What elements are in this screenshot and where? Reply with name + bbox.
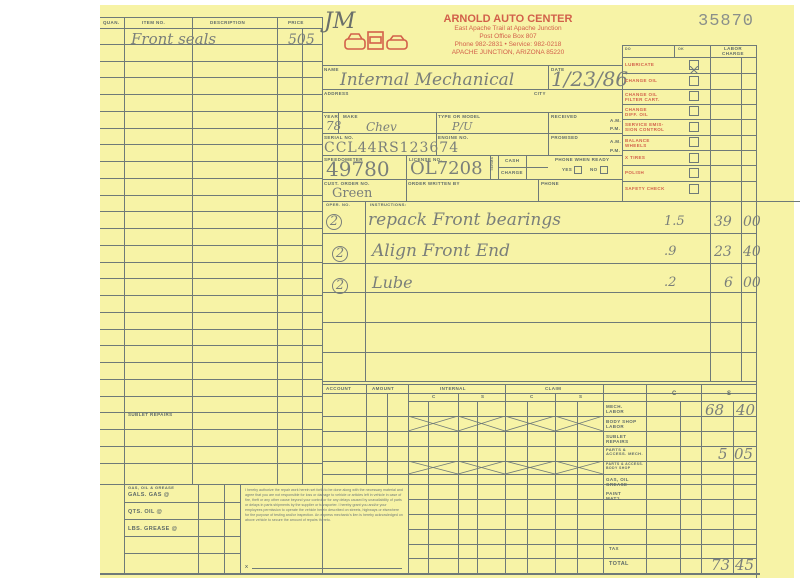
labor-dollars: 39 — [714, 215, 732, 229]
body-shop-labor-label: BODY SHOP LABOR — [606, 419, 646, 429]
col-quan: QUAN. — [103, 21, 120, 26]
labor-dollars: 23 — [714, 245, 732, 259]
promised-am: A.M. — [610, 140, 621, 145]
cust-order-number: Green — [332, 187, 372, 200]
labor-hours: .9 — [664, 245, 676, 258]
lbs-grease-label: LBS. GREASE @ — [128, 527, 177, 533]
qts-oil-label: QTS. OIL @ — [128, 510, 162, 516]
labor-dollars: 6 — [724, 276, 733, 290]
paint-label: PAINT MAT'L — [606, 491, 636, 501]
lubricate-checkbox[interactable] — [689, 60, 699, 70]
service-balance-wheels: BALANCE WHEELS — [625, 138, 660, 148]
yes-label: YES — [562, 168, 572, 173]
sublet-repairs-total-label: SUBLET REPAIRS — [606, 434, 646, 444]
polish-checkbox[interactable] — [689, 168, 699, 178]
city-label: CITY — [534, 92, 546, 97]
address-label: ADDRESS — [324, 92, 349, 97]
total-dollars: 73 — [711, 558, 730, 573]
instruction-text: Lube — [372, 275, 413, 291]
total-label: TOTAL — [609, 562, 629, 568]
received-label: RECEIVED — [551, 115, 577, 120]
emission-checkbox[interactable] — [689, 122, 699, 132]
labor-cents: 00 — [743, 215, 761, 229]
service-polish: POLISH — [625, 171, 644, 176]
company-address-2: Post Office Box 807 — [433, 33, 583, 41]
labor-cents: 40 — [743, 245, 761, 259]
received-pm: P.M. — [610, 127, 620, 132]
labor-hours: .2 — [664, 276, 676, 289]
total-cents: 45 — [735, 558, 754, 573]
crossed-cells-icon — [408, 416, 603, 431]
oper-number: 2 — [332, 278, 348, 294]
ok-col: OK — [678, 48, 684, 52]
instruction-text: Align Front End — [372, 243, 510, 260]
totals-s-header: S — [727, 391, 731, 397]
x-mark-icon — [690, 66, 698, 74]
mech-labor-cents: 40 — [736, 403, 755, 418]
customer-name: Internal Mechanical — [340, 72, 514, 89]
oper-number: 2 — [332, 246, 348, 262]
form-number: 35870 — [698, 12, 754, 31]
cash-option[interactable]: CASH — [505, 159, 519, 164]
promised-pm: P.M. — [610, 149, 620, 154]
order-date: 1/23/86 — [551, 69, 628, 89]
parts-mech-dollars: 5 — [718, 447, 728, 462]
amount-header: AMOUNT — [372, 387, 394, 392]
x-tires-checkbox[interactable] — [689, 153, 699, 163]
change-filter-checkbox[interactable] — [689, 91, 699, 101]
vehicle-type: P/U — [452, 121, 472, 132]
engine-label: ENGINE NO. — [438, 136, 469, 141]
service-change-filter: CHANGE OIL FILTER CART. — [625, 92, 670, 102]
claim-s: S — [579, 395, 582, 400]
parts-mech-cents: 05 — [734, 447, 753, 462]
change-oil-checkbox[interactable] — [689, 76, 699, 86]
mech-labor-label: MECH. LABOR — [606, 404, 642, 414]
claim-c: C — [530, 395, 534, 400]
totals-c-header: C — [672, 391, 677, 397]
gas-oil-grease-title: GAS, OIL & GREASE — [128, 486, 174, 490]
service-x-tires: X TIRES — [625, 156, 645, 161]
oper-number: 2 — [326, 214, 342, 230]
gas-oil-grease-total-label: GAS, OIL GREASE — [606, 477, 642, 487]
oper-no-label: OPER. NO. — [326, 203, 350, 207]
labor-hours: 1.5 — [664, 215, 685, 228]
make-label: MAKE — [343, 115, 358, 120]
safety-check-checkbox[interactable] — [689, 184, 699, 194]
col-price: PRICE — [288, 21, 304, 26]
instructions-label: INSTRUCTIONS: — [370, 203, 407, 207]
internal-header: INTERNAL — [440, 387, 466, 392]
instruction-text: repack Front bearings — [368, 212, 561, 229]
col-description: DESCRIPTION — [210, 21, 245, 26]
mech-labor-dollars: 68 — [705, 403, 724, 418]
name-label: NAME — [324, 68, 339, 73]
labor-charge-header: LABOR CHARGE — [718, 47, 748, 56]
phone-yes-checkbox[interactable] — [574, 166, 582, 174]
diff-oil-checkbox[interactable] — [689, 106, 699, 116]
phone-ready-label: PHONE WHEN READY — [555, 158, 609, 163]
sublet-repairs-label: SUBLET REPAIRS — [128, 413, 173, 418]
gals-gas-label: GALS. GAS @ — [128, 493, 170, 499]
claim-header: CLAIM — [545, 387, 561, 392]
company-city: APACHE JUNCTION, ARIZONA 85220 — [433, 49, 583, 57]
promised-label: PROMISED — [551, 136, 578, 141]
license-number: OL7208 — [410, 160, 483, 178]
service-lubricate: LUBRICATE — [625, 63, 654, 68]
received-am: A.M. — [610, 119, 621, 124]
tax-label: TAX — [609, 547, 619, 552]
service-emission: SERVICE EMIS-SION CONTROL — [625, 122, 675, 132]
phone-label: PHONE — [541, 182, 559, 187]
do-col: DO — [625, 48, 631, 52]
internal-c: C — [432, 395, 436, 400]
service-safety-check: SAFETY CHECK — [625, 187, 665, 192]
labor-cents: 00 — [743, 276, 761, 290]
company-address-1: East Apache Trail at Apache Junction — [433, 25, 583, 33]
cars-logo-icon — [343, 29, 411, 53]
authorization-text: I hereby authorize the repair work herei… — [245, 488, 403, 523]
type-label: TYPE OR MODEL — [438, 115, 480, 120]
repair-order-form: 35870 QUAN. ITEM NO. DESCRIPTION PRICE F… — [100, 5, 794, 578]
parts-body-label: PARTS & ACCESS. BODY SHOP — [606, 462, 646, 470]
company-name: ARNOLD AUTO CENTER — [433, 13, 583, 25]
signature-prefix: X — [245, 565, 248, 570]
written-by-label: ORDER WRITTEN BY — [408, 182, 460, 187]
service-change-oil: CHANGE OIL — [625, 79, 657, 84]
speedometer: 49780 — [326, 159, 390, 179]
internal-s: S — [481, 395, 484, 400]
parts-mech-label: PARTS & ACCESS. MECH. — [606, 448, 646, 456]
terms-label: TERMS — [491, 157, 495, 171]
account-header: ACCOUNT — [326, 387, 351, 392]
col-item-no: ITEM NO. — [142, 21, 165, 26]
service-diff-oil: CHANGE DIFF. OIL — [625, 107, 660, 117]
vehicle-year: 78 — [326, 120, 341, 132]
serial-number: CCL44RS123674 — [324, 141, 459, 155]
crossed-cells-icon — [408, 461, 603, 474]
no-label: NO — [590, 168, 598, 173]
charge-option[interactable]: CHARGE — [501, 171, 523, 176]
vehicle-make: Chev — [366, 121, 397, 133]
balance-wheels-checkbox[interactable] — [689, 137, 699, 147]
company-phones: Phone 982-2831 • Service: 982-0218 — [433, 41, 583, 49]
phone-no-checkbox[interactable] — [600, 166, 608, 174]
